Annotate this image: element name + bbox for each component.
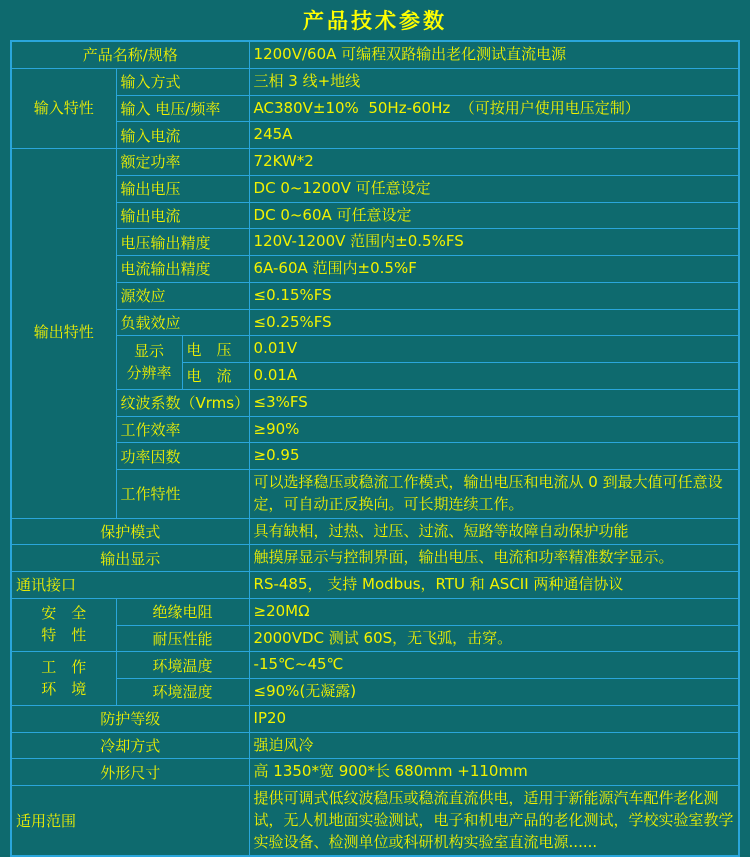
table-row-output-display: 输出显示 触摸屏显示与控制界面，输出电压、电流和功率精准数字显示。: [11, 545, 739, 572]
label-resolution-current: 电 流: [182, 363, 249, 390]
label-ambient-temp: 环境温度: [116, 652, 249, 679]
value-ambient-humidity: ≤90%(无凝露): [249, 679, 739, 706]
table-row-load-effect: 负载效应 ≤0.25%FS: [11, 309, 739, 336]
table-row-output-voltage: 输出电压 DC 0~1200V 可任意设定: [11, 175, 739, 202]
value-input-mode: 三相 3 线+地线: [249, 68, 739, 95]
value-ambient-temp: -15℃~45℃: [249, 652, 739, 679]
table-row-protection-mode: 保护模式 具有缺相，过热、过压、过流、短路等故障自动保护功能: [11, 518, 739, 545]
value-cooling: 强迫风冷: [249, 732, 739, 759]
group-label-safety: 安 全 特 性: [11, 598, 116, 652]
page: { "title": "产品技术参数", "colors": { "backgr…: [0, 0, 750, 830]
value-application: 提供可调式低纹波稳压或稳流直流供电，适用于新能源汽车配件老化测试，无人机地面实验…: [249, 786, 739, 857]
table-row-insulation: 安 全 特 性 绝缘电阻 ≥20MΩ: [11, 598, 739, 625]
table-row-application: 适用范围 提供可调式低纹波稳压或稳流直流供电，适用于新能源汽车配件老化测试，无人…: [11, 786, 739, 857]
table-row-resolution-voltage: 显示 分辨率 电 压 0.01V: [11, 336, 739, 363]
table-row-comm-interface: 通讯接口 RS-485， 支持 Modbus，RTU 和 ASCII 两种通信协…: [11, 572, 739, 599]
table-row-efficiency: 工作效率 ≥90%: [11, 416, 739, 443]
value-voltage-accuracy: 120V-1200V 范围内±0.5%FS: [249, 229, 739, 256]
table-row-ip-rating: 防护等级 IP20: [11, 705, 739, 732]
table-row-source-effect: 源效应 ≤0.15%FS: [11, 282, 739, 309]
label-dimensions: 外形尺寸: [11, 759, 249, 786]
value-source-effect: ≤0.15%FS: [249, 282, 739, 309]
value-rated-power: 72KW*2: [249, 149, 739, 176]
label-cooling: 冷却方式: [11, 732, 249, 759]
value-comm-interface: RS-485， 支持 Modbus，RTU 和 ASCII 两种通信协议: [249, 572, 739, 599]
label-product-name: 产品名称/规格: [11, 41, 249, 68]
label-protection-mode: 保护模式: [11, 518, 249, 545]
table-row-product-name: 产品名称/规格 1200V/60A 可编程双路输出老化测试直流电源: [11, 41, 739, 68]
value-output-current: DC 0~60A 可任意设定: [249, 202, 739, 229]
table-row-input-voltage: 输入 电压/频率 AC380V±10% 50Hz-60Hz （可按用户使用电压定…: [11, 95, 739, 122]
table-row-ambient-temp: 工 作 环 境 环境温度 -15℃~45℃: [11, 652, 739, 679]
label-voltage-accuracy: 电压输出精度: [116, 229, 249, 256]
label-ambient-humidity: 环境湿度: [116, 679, 249, 706]
value-output-display: 触摸屏显示与控制界面，输出电压、电流和功率精准数字显示。: [249, 545, 739, 572]
value-input-current: 245A: [249, 122, 739, 149]
label-work-character: 工作特性: [116, 470, 249, 519]
table-row-power-factor: 功率因数 ≥0.95: [11, 443, 739, 470]
value-ripple: ≤3%FS: [249, 389, 739, 416]
label-ip-rating: 防护等级: [11, 705, 249, 732]
label-input-mode: 输入方式: [116, 68, 249, 95]
label-application: 适用范围: [11, 786, 249, 857]
table-row-dimensions: 外形尺寸 高 1350*宽 900*长 680mm +110mm: [11, 759, 739, 786]
table-row-work-character: 工作特性 可以选择稳压或稳流工作模式，输出电压和电流从 0 到最大值可任意设定，…: [11, 470, 739, 519]
table-row-input-mode: 输入特性 输入方式 三相 3 线+地线: [11, 68, 739, 95]
label-output-display: 输出显示: [11, 545, 249, 572]
value-protection-mode: 具有缺相，过热、过压、过流、短路等故障自动保护功能: [249, 518, 739, 545]
value-output-voltage: DC 0~1200V 可任意设定: [249, 175, 739, 202]
value-efficiency: ≥90%: [249, 416, 739, 443]
label-output-voltage: 输出电压: [116, 175, 249, 202]
label-source-effect: 源效应: [116, 282, 249, 309]
value-resolution-voltage: 0.01V: [249, 336, 739, 363]
table-row-current-accuracy: 电流输出精度 6A-60A 范围内±0.5%F: [11, 256, 739, 283]
value-withstand: 2000VDC 测试 60S，无飞弧，击穿。: [249, 625, 739, 652]
group-label-display-resolution: 显示 分辨率: [116, 336, 182, 390]
value-work-character: 可以选择稳压或稳流工作模式，输出电压和电流从 0 到最大值可任意设定，可自动正反…: [249, 470, 739, 519]
value-insulation: ≥20MΩ: [249, 598, 739, 625]
label-resolution-voltage: 电 压: [182, 336, 249, 363]
label-rated-power: 额定功率: [116, 149, 249, 176]
table-row-output-current: 输出电流 DC 0~60A 可任意设定: [11, 202, 739, 229]
table-row-input-current: 输入电流 245A: [11, 122, 739, 149]
value-power-factor: ≥0.95: [249, 443, 739, 470]
group-label-environment: 工 作 环 境: [11, 652, 116, 706]
table-row-rated-power: 输出特性 额定功率 72KW*2: [11, 149, 739, 176]
value-product-name: 1200V/60A 可编程双路输出老化测试直流电源: [249, 41, 739, 68]
value-load-effect: ≤0.25%FS: [249, 309, 739, 336]
value-input-voltage: AC380V±10% 50Hz-60Hz （可按用户使用电压定制）: [249, 95, 739, 122]
value-dimensions: 高 1350*宽 900*长 680mm +110mm: [249, 759, 739, 786]
label-output-current: 输出电流: [116, 202, 249, 229]
spec-table: 产品名称/规格 1200V/60A 可编程双路输出老化测试直流电源 输入特性 输…: [10, 40, 740, 857]
label-current-accuracy: 电流输出精度: [116, 256, 249, 283]
label-withstand: 耐压性能: [116, 625, 249, 652]
label-comm-interface: 通讯接口: [11, 572, 249, 599]
page-title: 产品技术参数: [0, 0, 750, 40]
table-row-withstand: 耐压性能 2000VDC 测试 60S，无飞弧，击穿。: [11, 625, 739, 652]
label-load-effect: 负载效应: [116, 309, 249, 336]
label-input-current: 输入电流: [116, 122, 249, 149]
label-insulation: 绝缘电阻: [116, 598, 249, 625]
label-efficiency: 工作效率: [116, 416, 249, 443]
value-resolution-current: 0.01A: [249, 363, 739, 390]
table-row-ripple: 纹波系数（Vrms） ≤3%FS: [11, 389, 739, 416]
value-current-accuracy: 6A-60A 范围内±0.5%F: [249, 256, 739, 283]
label-ripple: 纹波系数（Vrms）: [116, 389, 249, 416]
table-row-voltage-accuracy: 电压输出精度 120V-1200V 范围内±0.5%FS: [11, 229, 739, 256]
group-label-output: 输出特性: [11, 149, 116, 519]
group-label-input: 输入特性: [11, 68, 116, 148]
label-power-factor: 功率因数: [116, 443, 249, 470]
table-row-cooling: 冷却方式 强迫风冷: [11, 732, 739, 759]
table-row-ambient-humidity: 环境湿度 ≤90%(无凝露): [11, 679, 739, 706]
label-input-voltage: 输入 电压/频率: [116, 95, 249, 122]
value-ip-rating: IP20: [249, 705, 739, 732]
